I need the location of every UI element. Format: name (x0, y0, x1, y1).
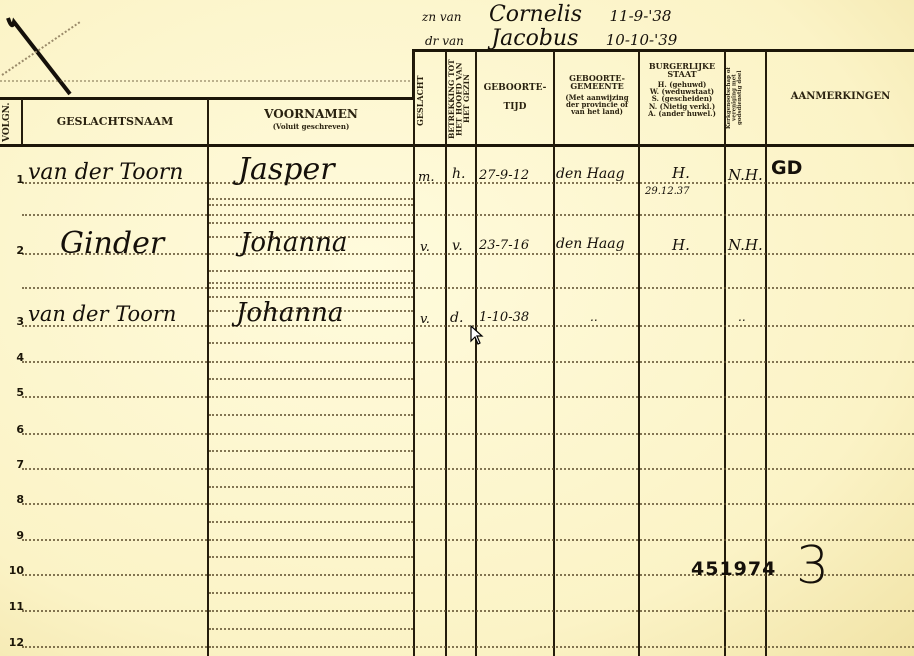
mouse-cursor-icon (470, 325, 484, 345)
sub-rule (209, 486, 413, 488)
row-rule (22, 646, 207, 648)
row1-gender: m. (418, 170, 434, 185)
row2-religion: N.H. (728, 236, 763, 254)
header-geboortegemeente-sub: (Met aanwijzing der provincie of van het… (556, 94, 638, 116)
row1-relation: h. (452, 166, 465, 182)
row3-surname: van der Toorn (28, 302, 176, 326)
header-voornamen-title: VOORNAMEN (209, 108, 413, 121)
row2-civil-status: H. (672, 236, 690, 254)
annotation-line-2: dr van Jacobus 10-10-'39 (425, 26, 677, 51)
row1-surname: van der Toorn (28, 160, 183, 185)
row-number: 10 (6, 564, 24, 577)
row2-surname: Ginder (60, 226, 164, 261)
header-betrekking: BETREKKING TOT HET HOOFD VAN HET GEZIN (448, 56, 474, 142)
row-rule (209, 503, 914, 505)
row-number: 2 (6, 244, 24, 257)
row-rule (209, 214, 914, 216)
row-rule (209, 361, 914, 363)
row-rule (209, 433, 914, 435)
row-rule (22, 396, 207, 398)
sub-rule (209, 222, 413, 224)
row-number: 7 (6, 458, 24, 471)
sub-rule (209, 592, 413, 594)
row3-religion: .. (738, 310, 746, 324)
row-rule (22, 214, 207, 216)
row-number: 9 (6, 529, 24, 542)
sub-rule (209, 521, 413, 523)
frame-top-right (413, 49, 914, 52)
sub-rule (209, 198, 413, 200)
row2-gender: v. (420, 240, 430, 255)
annotation-line-1: zn van Cornelis 11-9-'38 (422, 2, 671, 27)
row-rule (209, 468, 914, 470)
row3-gender: v. (420, 312, 430, 327)
header-geboortegemeente: GEBOORTE- GEMEENTE (Met aanwijzing der p… (556, 74, 638, 116)
row-rule (22, 361, 207, 363)
row-rule (209, 646, 914, 648)
row-rule (209, 396, 914, 398)
row3-birthdate: 1-10-38 (479, 310, 529, 325)
row-rule (209, 610, 914, 612)
row-rule (22, 287, 207, 289)
col-divider (638, 51, 640, 656)
row-rule (22, 503, 207, 505)
header-bottom-line (0, 144, 914, 147)
header-bs-2: STAAT (640, 70, 724, 78)
row-number: 5 (6, 386, 24, 399)
annotation-prefix: dr van (425, 34, 464, 48)
col-divider (553, 51, 555, 656)
row1-birthdate: 27-9-12 (479, 168, 529, 183)
header-voornamen: VOORNAMEN (Voluit geschreven) (209, 108, 413, 130)
sub-rule (209, 556, 413, 558)
row-rule (22, 433, 207, 435)
sub-rule (209, 282, 413, 284)
header-geboortetijd: GEBOORTE- TIJD (477, 84, 553, 113)
row1-religion: N.H. (728, 166, 763, 184)
sub-rule (209, 628, 413, 630)
top-dotted-line (0, 80, 410, 82)
census-card: zn van Cornelis 11-9-'38 dr van Jacobus … (0, 0, 914, 656)
col-divider (445, 51, 447, 656)
row-number: 11 (6, 600, 24, 613)
annotation-date: 10-10-'39 (606, 31, 678, 49)
sub-rule (209, 342, 413, 344)
bs-code: A. (ander huwel.) (640, 110, 724, 117)
row3-birthplace: .. (590, 310, 598, 324)
row2-firstnames: Johanna (240, 228, 347, 258)
sub-rule (209, 414, 413, 416)
row2-birthdate: 23-7-16 (479, 238, 529, 253)
row3-firstnames: Johanna (236, 298, 343, 328)
row-number: 3 (6, 315, 24, 328)
header-geslachtsnaam: GESLACHTSNAAM (23, 116, 207, 128)
row3-relation: d. (450, 310, 463, 326)
archive-number-stamp: 451974 (691, 558, 776, 580)
handwritten-number: 3 (796, 536, 829, 596)
row-number: 6 (6, 423, 24, 436)
row-rule (22, 610, 207, 612)
annotation-date: 11-9-'38 (610, 7, 672, 25)
header-geboortetijd-1: GEBOORTE- (477, 84, 553, 93)
row-number: 8 (6, 493, 24, 506)
sub-rule (209, 450, 413, 452)
sub-rule (209, 204, 413, 206)
header-geboortegemeente-2: GEMEENTE (556, 82, 638, 90)
annotation-prefix: zn van (422, 10, 462, 24)
annotation-name: Cornelis (489, 2, 582, 27)
row-rule (209, 287, 914, 289)
row2-relation: v. (452, 238, 463, 254)
row1-remarks: GD (771, 157, 802, 179)
row2-birthplace: den Haag (556, 236, 625, 252)
annotation-name: Jacobus (491, 26, 578, 51)
pen-stroke-mark (0, 0, 120, 100)
header-geslacht: GESLACHT (416, 62, 444, 140)
col-divider (413, 51, 415, 656)
header-kerkgenootschap: Kerkgenootschap of vereniging met godsdi… (727, 54, 764, 142)
col-divider (475, 51, 477, 656)
sub-rule (209, 378, 413, 380)
header-bs-codes: H. (gehuwd) W. (weduwstaat) S. (gescheid… (640, 81, 724, 118)
row-number: 1 (6, 173, 24, 186)
header-burgerlijke-staat: BURGERLIJKE STAAT H. (gehuwd) W. (weduws… (640, 62, 724, 118)
header-volgn: VOLGN. (3, 102, 19, 142)
sub-rule (209, 270, 413, 272)
row-rule (22, 574, 207, 576)
row1-birthplace: den Haag (556, 166, 625, 182)
row-rule (22, 468, 207, 470)
row-number: 4 (6, 351, 24, 364)
row-rule (22, 539, 207, 541)
header-aanmerkingen: AANMERKINGEN (767, 92, 914, 103)
row1-marriage-date: 29.12.37 (645, 186, 690, 197)
row-number: 12 (6, 636, 24, 649)
header-voornamen-sub: (Voluit geschreven) (209, 123, 413, 130)
row1-civil-status: H. (672, 164, 690, 182)
header-geboortetijd-2: TIJD (477, 103, 553, 112)
row1-firstnames: Jasper (238, 152, 335, 187)
